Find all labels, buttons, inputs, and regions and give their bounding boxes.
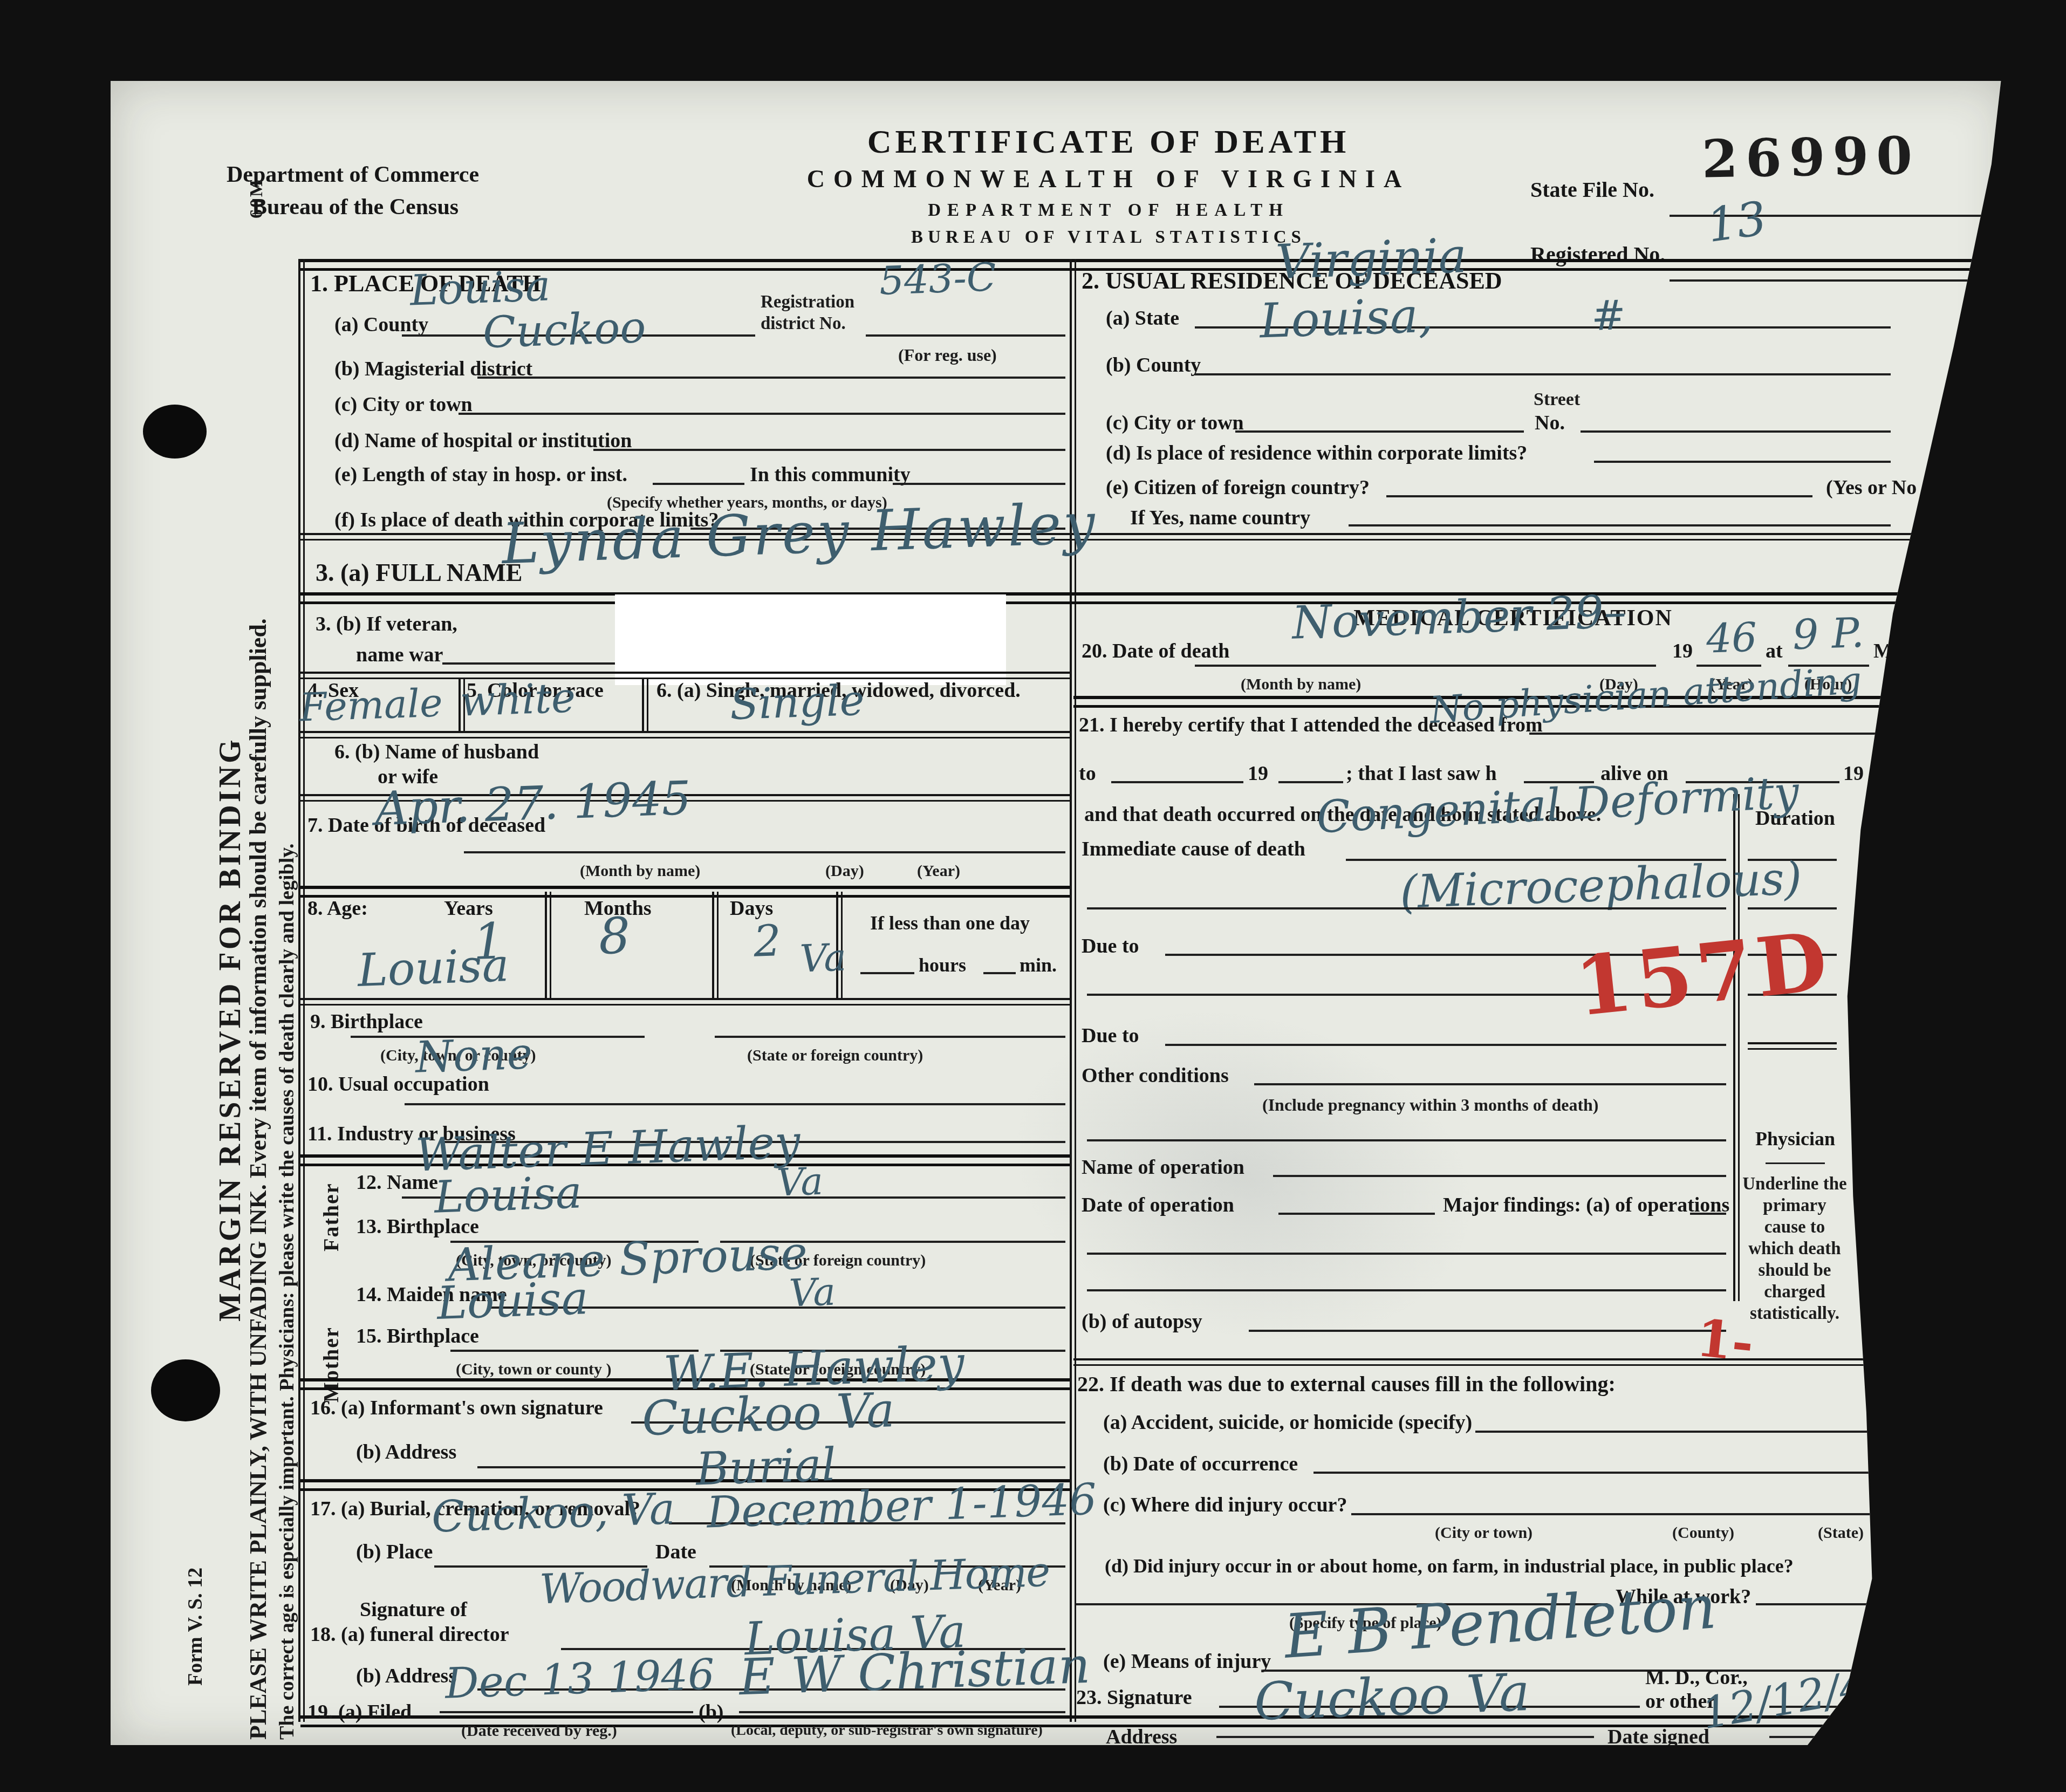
injury-state-cap: (State) xyxy=(1818,1524,1864,1542)
registrar-sig-value: E W Christian xyxy=(738,1637,1091,1707)
reg-district-label-2: district No. xyxy=(761,314,846,334)
external-rule xyxy=(1073,1358,2007,1366)
res-city-label: (c) City or town xyxy=(1106,411,1244,435)
funeral-director-value: Woodward Funeral Home xyxy=(539,1548,1050,1613)
reg-district-label-1: Registration xyxy=(761,292,854,312)
dod-value: November 29– xyxy=(1291,585,1627,649)
filed-b-label: (b) xyxy=(699,1700,723,1724)
mother-bp-line xyxy=(450,1350,699,1352)
filed-label: 19. (a) Filed xyxy=(307,1700,412,1724)
age-days-value: 2 xyxy=(752,915,782,967)
reg-district-line xyxy=(866,334,1065,337)
left-border xyxy=(298,259,305,1722)
informant-addr-label: (b) Address xyxy=(356,1440,456,1464)
addr-23-value: Cuckoo Va xyxy=(1253,1662,1531,1732)
margin-ink-note: PLEASE WRITE PLAINLY, WITH UNFADING INK.… xyxy=(244,618,272,1740)
burial-place-value: Cuckoo, Va xyxy=(431,1483,676,1542)
occurrence-label: (b) Date of occurrence xyxy=(1103,1452,1298,1476)
dod-m-label: M xyxy=(1873,639,1893,663)
death-certificate-scan: 60M MARGIN RESERVED FOR BINDING PLEASE W… xyxy=(111,81,2007,1745)
cause-code-stamp: 157D xyxy=(1571,914,1836,1035)
dept-health: DEPARTMENT OF HEALTH xyxy=(731,201,1486,221)
punch-hole xyxy=(143,405,207,459)
row4-rule xyxy=(300,731,1070,738)
street-label: Street xyxy=(1534,389,1580,410)
min-line xyxy=(983,972,1016,974)
yes-or-no-note: (Yes or No xyxy=(1826,476,1917,500)
other-conditions-note: (Include pregnancy within 3 months of de… xyxy=(1262,1095,1598,1115)
alive-19-label: 19 xyxy=(1843,762,1864,785)
res-city-line xyxy=(1235,430,1524,433)
semi-label: ; xyxy=(1937,762,1944,785)
pod-hospital-line xyxy=(593,449,1065,451)
res-state-value: Virginia xyxy=(1275,228,1467,290)
margin-age-note: The correct age is especially important.… xyxy=(275,843,299,1740)
pod-city-label: (c) City or town xyxy=(334,393,473,416)
autopsy-line xyxy=(1249,1330,1726,1332)
full-name-label: 3. (a) FULL NAME xyxy=(316,558,522,587)
to-19-line xyxy=(1278,781,1343,783)
op-date-label: Date of operation xyxy=(1082,1193,1234,1217)
less-than-day-label: If less than one day xyxy=(870,912,1030,934)
hours-label: hours xyxy=(919,954,966,976)
duration-line-5 xyxy=(1748,1042,1837,1050)
dob-day-cap: (Day) xyxy=(825,862,864,880)
pod-stay-line1 xyxy=(653,483,744,485)
pod-district-line xyxy=(477,377,1065,379)
cause-label: Immediate cause of death xyxy=(1082,837,1305,861)
birthplace-state-line xyxy=(715,1036,1065,1038)
birthplace-state-value: Va xyxy=(799,935,847,981)
margin-binding-note: MARGIN RESERVED FOR BINDING xyxy=(213,737,248,1322)
dob-year-cap: (Year) xyxy=(917,862,960,880)
physician-note-rule xyxy=(1766,1162,1825,1164)
findings-blank-2 xyxy=(1087,1289,1726,1291)
dod-19-label: 19 xyxy=(1672,639,1693,663)
res-foreign-line xyxy=(1386,495,1812,497)
dod-label: 20. Date of death xyxy=(1082,639,1229,663)
dod-month-cap: (Month by name) xyxy=(1241,675,1361,694)
attended-line xyxy=(1529,733,1896,735)
race-value: white xyxy=(460,673,577,725)
street-no-label: No. xyxy=(1535,411,1565,435)
dod-hour-value: 9 P. xyxy=(1791,608,1864,659)
marital-value: Single xyxy=(729,676,866,730)
pod-stay-label: (e) Length of stay in hosp. or inst. xyxy=(334,463,627,487)
dod-at-label: at xyxy=(1766,639,1783,663)
accident-label: (a) Accident, suicide, or homicide (spec… xyxy=(1103,1411,1472,1434)
name-country-label: If Yes, name country xyxy=(1130,506,1310,530)
full-name-value: Lynda Grey Hawley xyxy=(501,490,1098,577)
physician-signature-value: E B Pendleton xyxy=(1282,1572,1718,1672)
registrar-cap: (Local, deputy, or sub-registrar's own s… xyxy=(731,1722,1043,1739)
injury-county-cap: (County) xyxy=(1672,1524,1734,1542)
due-to-2-line xyxy=(1165,1044,1726,1046)
filed-date-value: Dec 13 1946 xyxy=(444,1650,716,1708)
occurrence-line xyxy=(1314,1472,1901,1474)
min-label: min. xyxy=(1020,954,1057,976)
duration-line-2 xyxy=(1748,907,1837,909)
certificate-title: CERTIFICATE OF DEATH xyxy=(731,123,1486,161)
dept-commerce: Department of Commerce xyxy=(227,162,479,188)
father-bp-value: Louisa xyxy=(433,1167,583,1223)
date-signed-line xyxy=(1769,1736,1920,1738)
due-to-2-label: Due to xyxy=(1082,1024,1139,1048)
op-label: Name of operation xyxy=(1082,1155,1244,1179)
name-war-label: name war xyxy=(356,643,443,667)
where-injury-line xyxy=(1351,1513,1901,1515)
physician-note-title: Physician xyxy=(1744,1127,1846,1150)
where-injury-label: (c) Where did injury occur? xyxy=(1103,1493,1347,1517)
other-conditions-label: Other conditions xyxy=(1082,1064,1229,1087)
dod-year-value: 46 xyxy=(1706,614,1758,662)
father-label: Father xyxy=(318,1182,344,1251)
findings-line xyxy=(1690,1213,1726,1215)
res-limits-label: (d) Is place of residence within corpora… xyxy=(1106,441,1527,465)
dob-month-cap: (Month by name) xyxy=(580,862,700,880)
dob-line xyxy=(464,851,1065,853)
date-signed-label: Date signed xyxy=(1607,1725,1709,1749)
occupation-line xyxy=(405,1103,1065,1105)
age-months-value: 8 xyxy=(598,907,631,966)
birthplace-label: 9. Birthplace xyxy=(310,1010,423,1034)
filed-cap: (Date received by reg.) xyxy=(461,1722,617,1740)
physician-note-body: Underline the primary cause to which dea… xyxy=(1741,1173,1849,1324)
res-county-label: (b) County xyxy=(1106,353,1201,377)
pod-hospital-label: (d) Name of hospital or institution xyxy=(334,429,632,453)
to-19-label: 19 xyxy=(1248,762,1268,785)
age-rule xyxy=(300,998,1070,1006)
means-injury-label: (e) Means of injury xyxy=(1103,1650,1271,1673)
other-conditions-line xyxy=(1254,1083,1726,1085)
addr-23-line xyxy=(1216,1736,1594,1738)
burial-place-label: (b) Place xyxy=(356,1540,433,1564)
dob-value: Apr. 27. 1945 xyxy=(374,771,692,836)
to-line xyxy=(1111,781,1243,783)
dob-rule xyxy=(300,886,1070,898)
signature-of-label: Signature of xyxy=(360,1598,467,1622)
name-rule xyxy=(300,592,2007,604)
cause-blank-line xyxy=(1087,907,1726,909)
street-no-line xyxy=(1581,430,1891,433)
age-divider-2 xyxy=(712,892,719,1000)
race-marital-divider xyxy=(642,678,648,731)
punch-hole xyxy=(151,1359,220,1421)
pod-county-label: (a) County xyxy=(334,313,428,337)
alive-19-line xyxy=(1873,781,1933,783)
registered-no-line xyxy=(1670,279,1996,282)
dod-line xyxy=(1195,665,1656,667)
findings-blank-1 xyxy=(1087,1253,1726,1255)
veteran-label: 3. (b) If veteran, xyxy=(316,612,457,636)
informant-sig-label: 16. (a) Informant's own signature xyxy=(310,1396,603,1420)
accident-line xyxy=(1475,1431,1901,1433)
state-file-number-stamp: 26990 xyxy=(1701,125,1920,189)
pod-city-line xyxy=(459,413,1065,415)
external-title: 22. If death was due to external causes … xyxy=(1077,1371,1616,1397)
addr-23-label: Address xyxy=(1106,1725,1177,1749)
spouse-label-1: 6. (b) Name of husband xyxy=(334,740,539,764)
res-county-value: Louisa, xyxy=(1258,287,1434,348)
funeral-director-label: 18. (a) funeral director xyxy=(310,1623,509,1646)
bureau-census: Bureau of the Census xyxy=(252,194,459,220)
mother-state-value: Va xyxy=(789,1270,837,1316)
pod-community-label: In this community xyxy=(750,463,911,487)
veteran-rule xyxy=(300,672,1070,679)
pod-stay-line2 xyxy=(893,483,1065,485)
state-file-label: State File No. xyxy=(1530,177,1654,202)
mother-label: Mother xyxy=(318,1326,344,1403)
due-to-1-label: Due to xyxy=(1082,934,1139,958)
commonwealth-subtitle: COMMONWEALTH OF VIRGINIA xyxy=(731,165,1486,193)
signature-label: 23. Signature xyxy=(1076,1686,1192,1709)
autopsy-label: (b) of autopsy xyxy=(1082,1310,1202,1333)
to-label: to xyxy=(1079,762,1096,785)
hours-line xyxy=(860,972,914,974)
filed-date-line xyxy=(440,1711,693,1713)
op-date-line xyxy=(1278,1213,1435,1215)
attended-value: No physician attending xyxy=(1428,659,1863,732)
mother-city-cap: (City, town or county ) xyxy=(456,1360,612,1379)
registered-no-value: 13 xyxy=(1704,191,1770,253)
op-line xyxy=(1273,1175,1726,1177)
work-line xyxy=(1756,1603,1901,1605)
res-limits-line xyxy=(1594,461,1891,463)
fd-addr-label: (b) Address xyxy=(356,1664,456,1688)
age-label: 8. Age: xyxy=(307,897,368,920)
sex-value: Female xyxy=(299,680,443,730)
informant-addr-value: Cuckoo Va xyxy=(641,1382,895,1446)
reg-use-note: (For reg. use) xyxy=(898,345,997,365)
registrar-sig-line xyxy=(739,1711,1065,1713)
form-number: Form V. S. 12 xyxy=(183,1568,207,1686)
age-divider-1 xyxy=(545,892,551,1000)
name-country-line xyxy=(1349,524,1891,526)
res-county-mark: # xyxy=(1590,291,1626,340)
mother-bp-value: Louisa xyxy=(436,1271,589,1330)
pod-district-value: Cuckoo xyxy=(482,302,646,358)
findings-label: Major findings: (a) of operations xyxy=(1443,1193,1729,1217)
injury-city-cap: (City or town) xyxy=(1435,1524,1533,1542)
last-saw-label: ; that I last saw h xyxy=(1346,762,1497,785)
res-foreign-label: (e) Citizen of foreign country? xyxy=(1106,476,1370,500)
res-state-label: (a) State xyxy=(1106,306,1179,330)
reg-district-value: 543-C xyxy=(879,254,997,304)
occupation-value: None xyxy=(414,1028,533,1083)
op-blank-line xyxy=(1087,1139,1726,1141)
res-county-line xyxy=(1195,373,1891,375)
birthplace-value: Louisa xyxy=(357,939,510,997)
father-bp-state: Va xyxy=(776,1159,824,1205)
birthplace-state-cap: (State or foreign country) xyxy=(747,1047,923,1065)
